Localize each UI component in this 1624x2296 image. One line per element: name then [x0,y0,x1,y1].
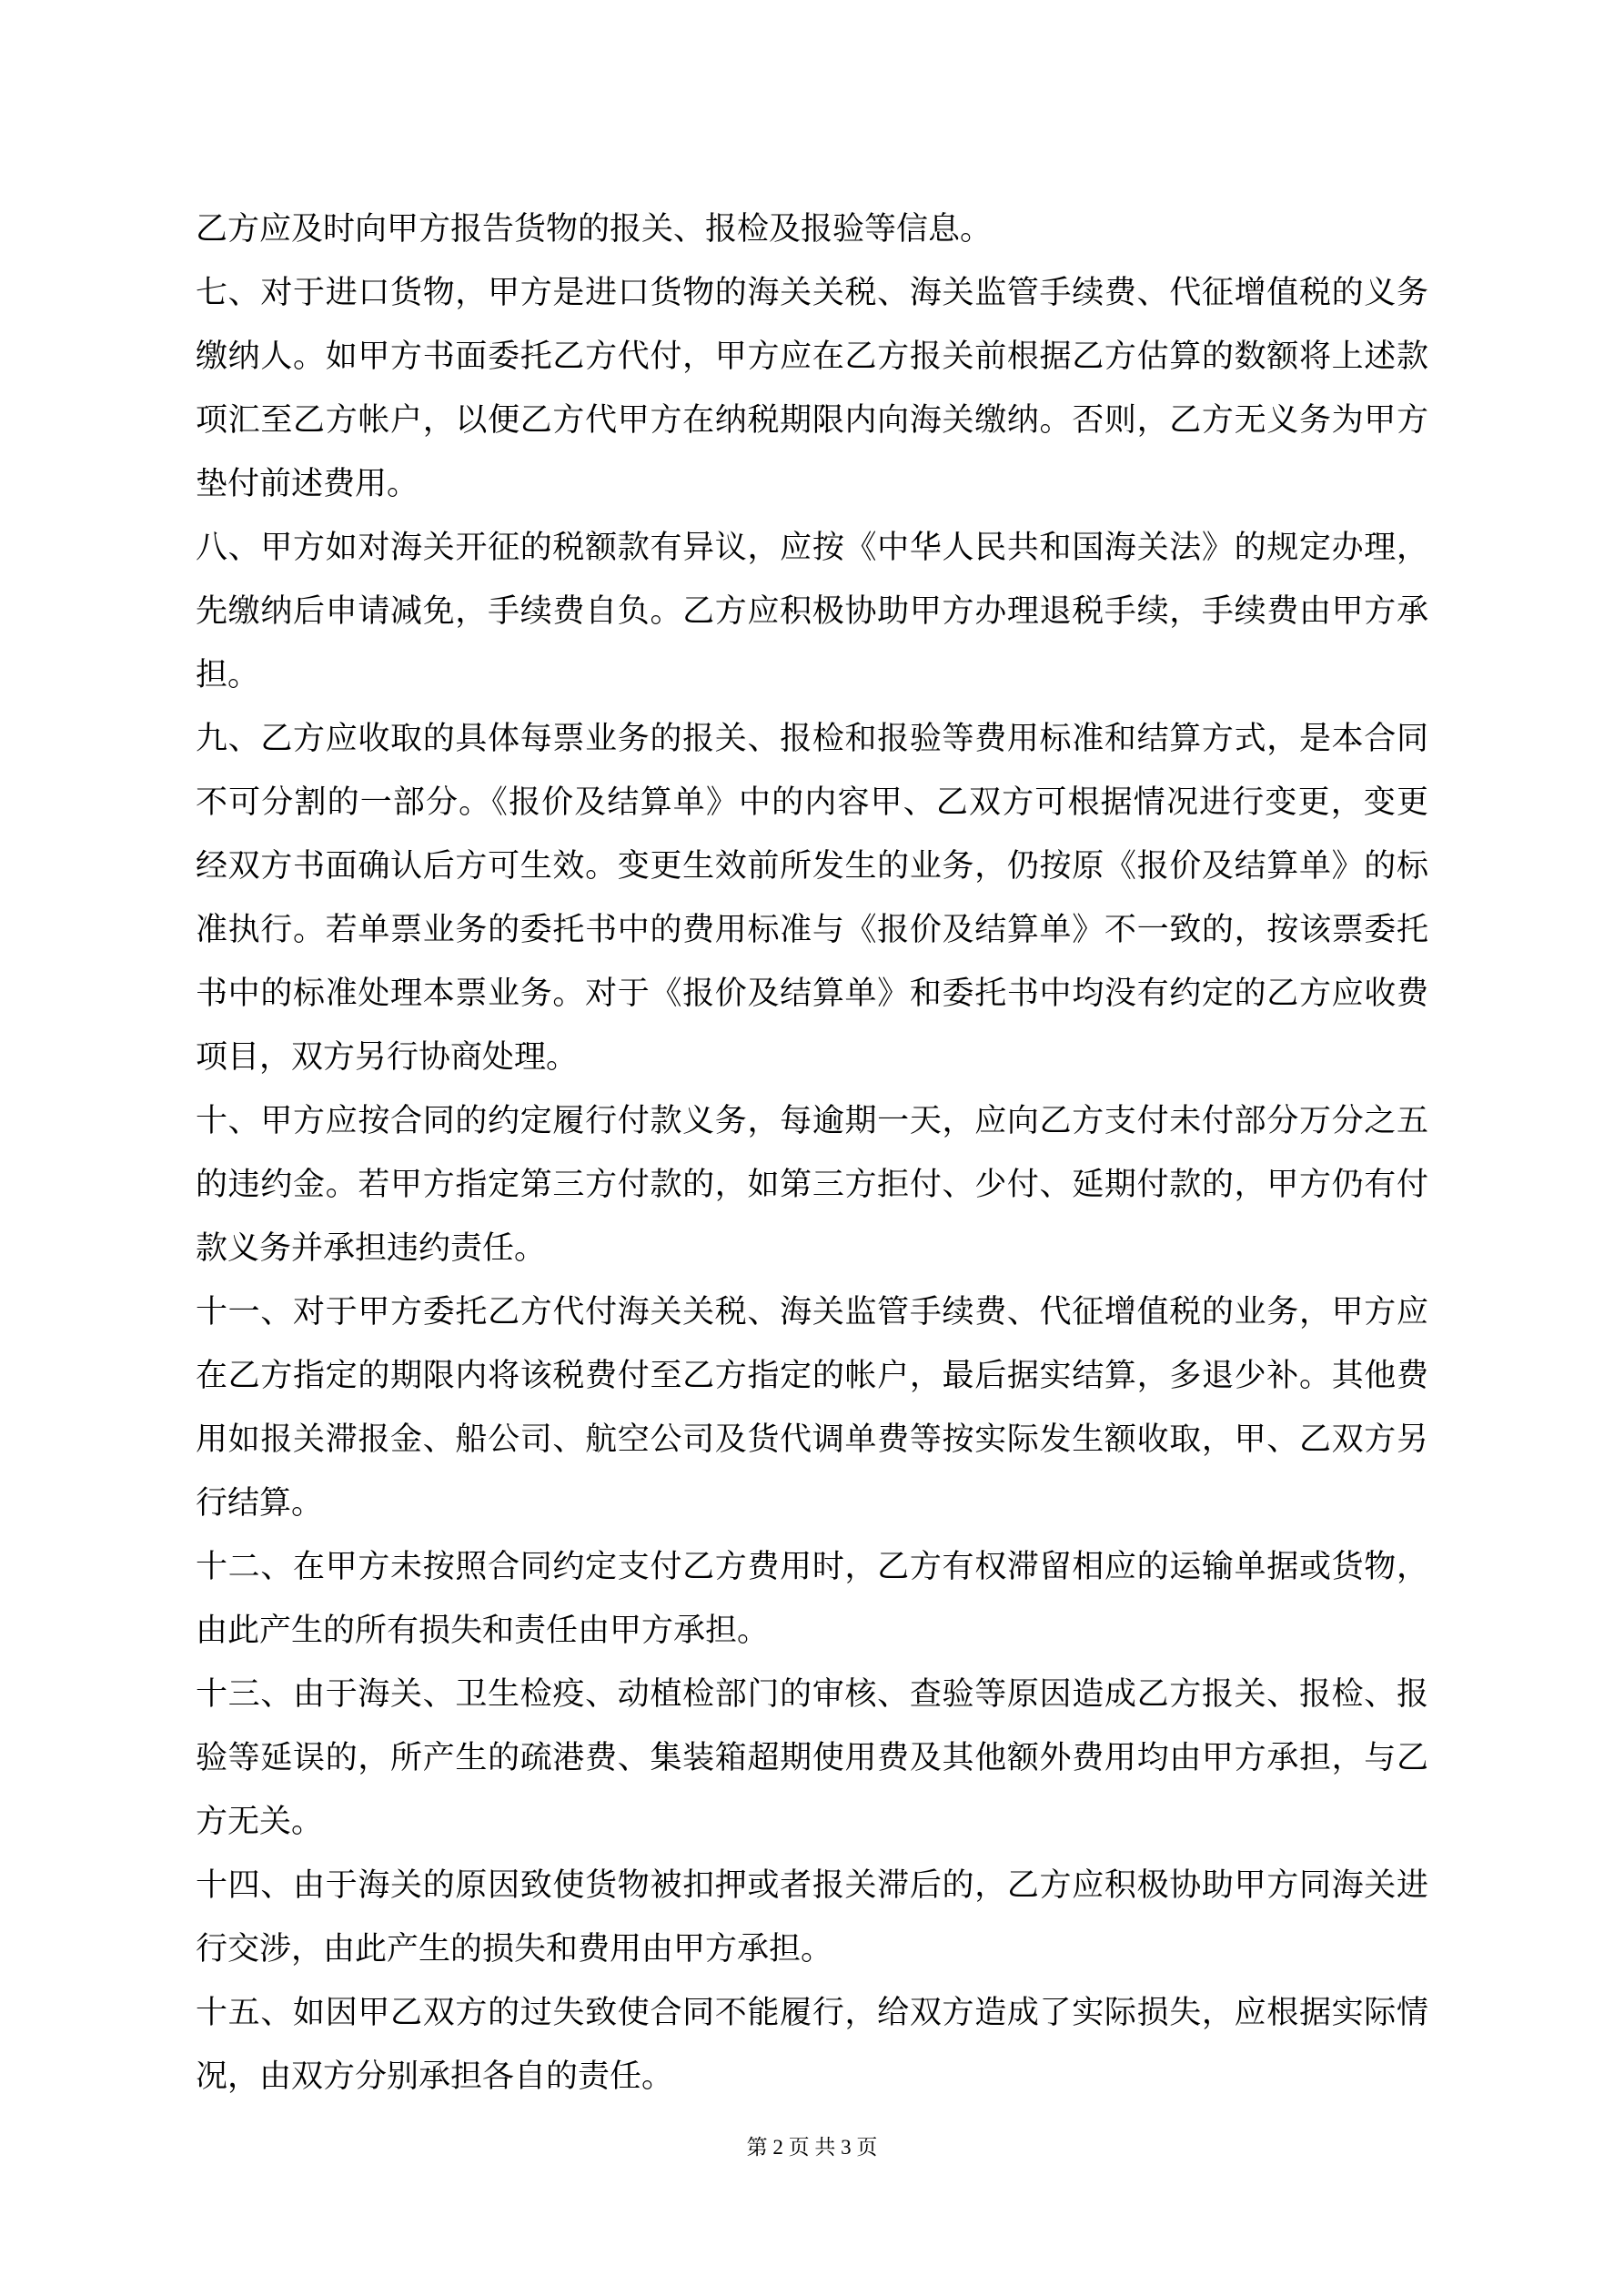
page-number-footer: 第 2 页 共 3 页 [196,2134,1428,2161]
contract-body: 乙方应及时向甲方报告货物的报关、报检及报验等信息。 七、对于进口货物，甲方是进口… [196,197,1428,2109]
contract-line: 在乙方指定的期限内将该税费付至乙方指定的帐户，最后据实结算，多退少补。其他费 [196,1344,1428,1408]
contract-line: 由此产生的所有损失和责任由甲方承担。 [196,1599,1428,1663]
contract-line: 十一、对于甲方委托乙方代付海关关税、海关监管手续费、代征增值税的业务，甲方应 [196,1280,1428,1344]
contract-line: 行交涉，由此产生的损失和费用由甲方承担。 [196,1917,1428,1981]
contract-line: 项汇至乙方帐户，以便乙方代甲方在纳税期限内向海关缴纳。否则，乙方无义务为甲方 [196,389,1428,452]
contract-line: 经双方书面确认后方可生效。变更生效前所发生的业务，仍按原《报价及结算单》的标 [196,834,1428,898]
contract-line: 验等延误的，所产生的疏港费、集装箱超期使用费及其他额外费用均由甲方承担，与乙 [196,1726,1428,1790]
contract-line: 垫付前述费用。 [196,452,1428,516]
contract-line: 十、甲方应按合同的约定履行付款义务，每逾期一天，应向乙方支付未付部分万分之五 [196,1089,1428,1153]
contract-line: 况，由双方分别承担各自的责任。 [196,2045,1428,2109]
contract-line: 项目，双方另行协商处理。 [196,1026,1428,1089]
contract-line: 十三、由于海关、卫生检疫、动植检部门的审核、查验等原因造成乙方报关、报检、报 [196,1663,1428,1726]
contract-line: 九、乙方应收取的具体每票业务的报关、报检和报验等费用标准和结算方式，是本合同 [196,707,1428,771]
contract-line: 先缴纳后申请减免，手续费自负。乙方应积极协助甲方办理退税手续，手续费由甲方承 [196,580,1428,643]
contract-line: 的违约金。若甲方指定第三方付款的，如第三方拒付、少付、延期付款的，甲方仍有付 [196,1153,1428,1217]
contract-line: 七、对于进口货物，甲方是进口货物的海关关税、海关监管手续费、代征增值税的义务 [196,261,1428,325]
contract-page: 乙方应及时向甲方报告货物的报关、报检及报验等信息。 七、对于进口货物，甲方是进口… [0,0,1624,2296]
contract-line: 乙方应及时向甲方报告货物的报关、报检及报验等信息。 [196,197,1428,261]
contract-line: 准执行。若单票业务的委托书中的费用标准与《报价及结算单》不一致的，按该票委托 [196,898,1428,962]
contract-line: 十五、如因甲乙双方的过失致使合同不能履行，给双方造成了实际损失，应根据实际情 [196,1981,1428,2045]
contract-line: 用如报关滞报金、船公司、航空公司及货代调单费等按实际发生额收取，甲、乙双方另 [196,1408,1428,1472]
contract-line: 缴纳人。如甲方书面委托乙方代付，甲方应在乙方报关前根据乙方估算的数额将上述款 [196,325,1428,389]
contract-line: 十四、由于海关的原因致使货物被扣押或者报关滞后的，乙方应积极协助甲方同海关进 [196,1854,1428,1917]
contract-line: 担。 [196,643,1428,707]
contract-line: 八、甲方如对海关开征的税额款有异议，应按《中华人民共和国海关法》的规定办理， [196,516,1428,580]
contract-line: 不可分割的一部分。《报价及结算单》中的内容甲、乙双方可根据情况进行变更，变更 [196,771,1428,834]
contract-line: 方无关。 [196,1790,1428,1854]
contract-line: 书中的标准处理本票业务。对于《报价及结算单》和委托书中均没有约定的乙方应收费 [196,962,1428,1026]
contract-line: 款义务并承担违约责任。 [196,1217,1428,1280]
contract-line: 行结算。 [196,1472,1428,1535]
contract-line: 十二、在甲方未按照合同约定支付乙方费用时，乙方有权滞留相应的运输单据或货物， [196,1535,1428,1599]
